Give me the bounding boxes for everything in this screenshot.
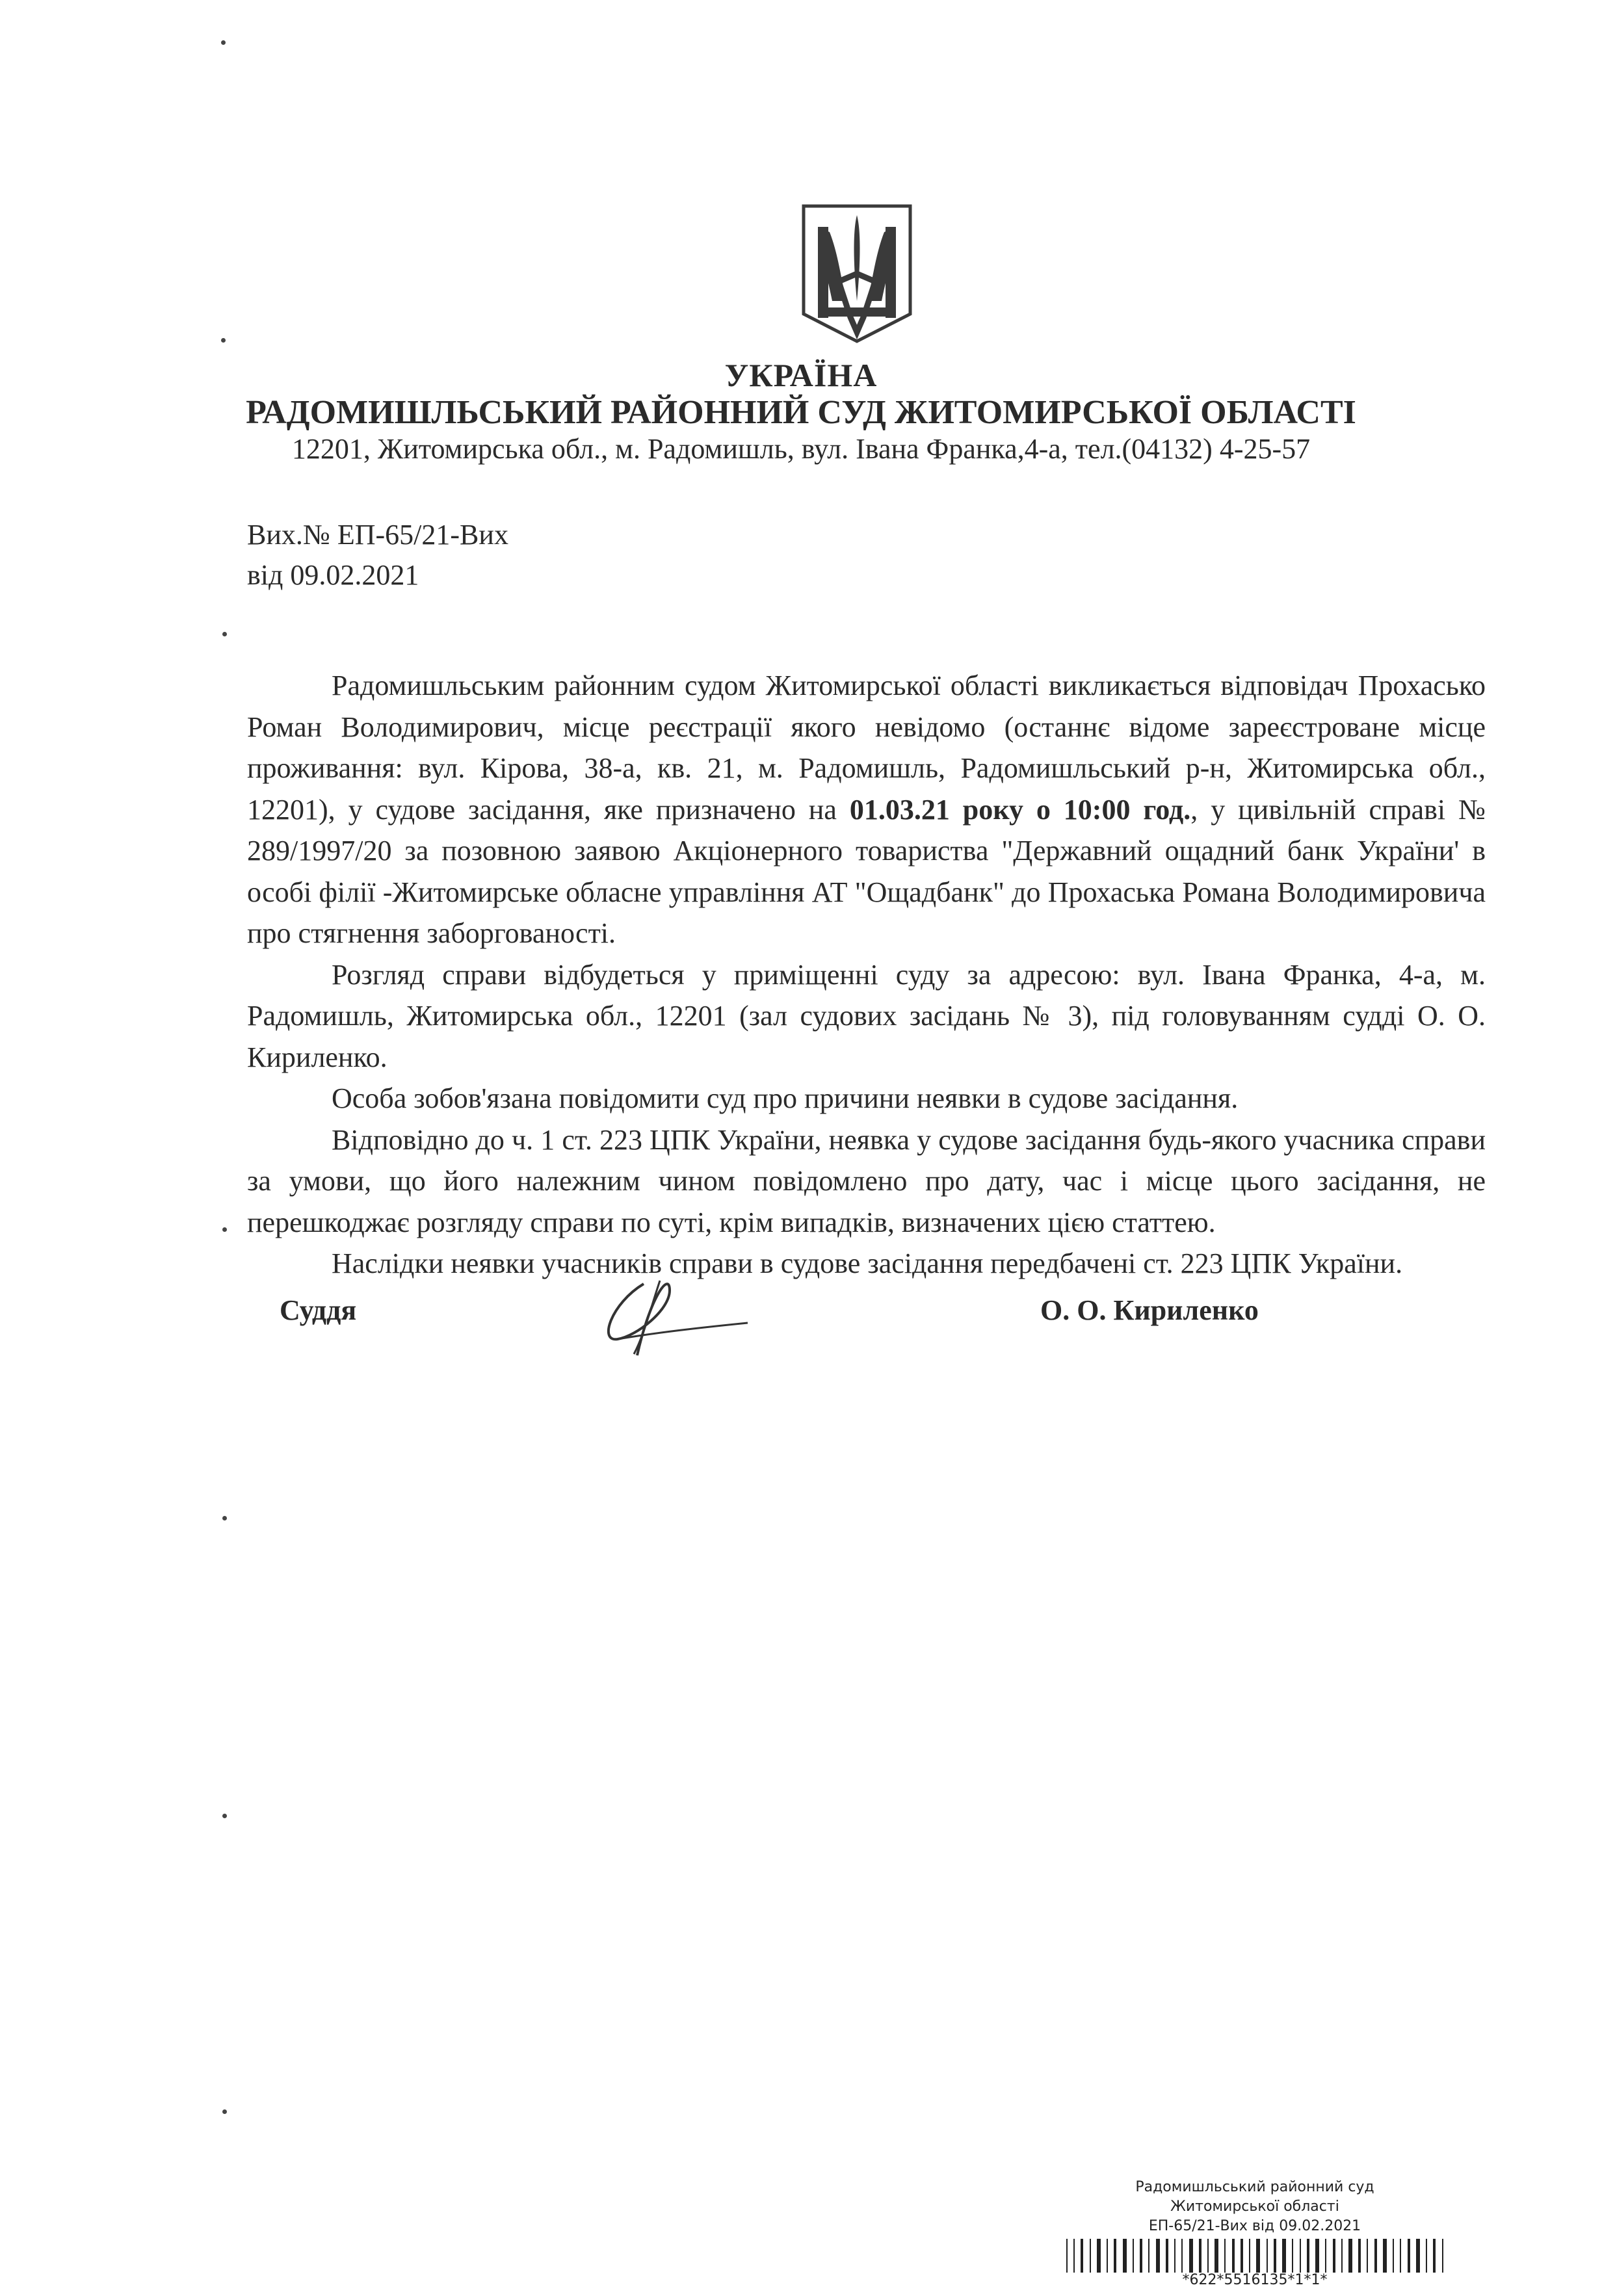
hearing-datetime: 01.03.21 року о 10:00 год.	[850, 794, 1190, 826]
handwritten-signature	[598, 1271, 761, 1368]
barcode	[1066, 2239, 1443, 2273]
court-address: 12201, Житомирська обл., м. Радомишль, в…	[0, 432, 1602, 465]
letter-body: Радомишльським районним судом Житомирськ…	[247, 665, 1486, 1285]
scan-mark	[222, 2109, 227, 2114]
outgoing-date: від 09.02.2021	[247, 555, 508, 595]
scan-mark	[222, 1516, 227, 1520]
barcode-number: *622*5516135*1*1*	[1066, 2273, 1443, 2288]
stamp-region: Житомирської області	[1066, 2197, 1443, 2217]
paragraph-consequences: Наслідки неявки учасників справи в судов…	[247, 1243, 1486, 1285]
scan-mark	[221, 338, 226, 343]
scan-mark	[222, 1814, 227, 1818]
court-name: РАДОМИШЛЬСЬКИЙ РАЙОННИЙ СУД ЖИТОМИРСЬКОЇ…	[0, 393, 1602, 432]
scan-mark	[222, 1227, 227, 1232]
paragraph-venue: Розгляд справи відбудеться у приміщенні …	[247, 954, 1486, 1078]
country-heading: УКРАЇНА	[0, 356, 1602, 394]
stamp-court: Радомишльський районний суд	[1066, 2178, 1443, 2197]
paragraph-law: Відповідно до ч. 1 ст. 223 ЦПК України, …	[247, 1119, 1486, 1244]
signer-name: О. О. Кириленко	[1040, 1294, 1259, 1327]
trident-emblem-icon	[801, 203, 913, 344]
scan-mark	[222, 632, 227, 636]
signer-title: Суддя	[280, 1294, 356, 1327]
stamp-reference: ЕП-65/21-Вих від 09.02.2021	[1066, 2217, 1443, 2236]
outgoing-number: Вих.№ ЕП-65/21-Вих	[247, 515, 508, 555]
registration-stamp: Радомишльський районний суд Житомирської…	[1066, 2178, 1443, 2288]
paragraph-summons: Радомишльським районним судом Житомирськ…	[247, 665, 1486, 954]
scan-mark	[221, 40, 226, 45]
paragraph-obligation: Особа зобов'язана повідомити суд про при…	[247, 1078, 1486, 1119]
outgoing-reference: Вих.№ ЕП-65/21-Вих від 09.02.2021	[247, 515, 508, 595]
